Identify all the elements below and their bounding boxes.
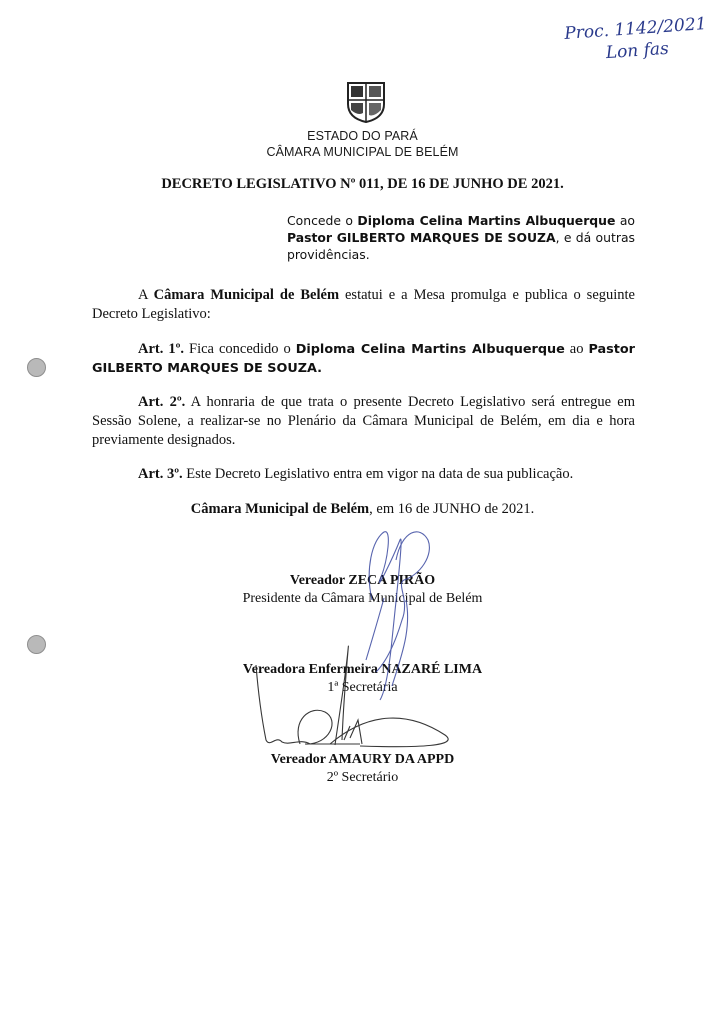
signatory-president: Vereador ZECA PIRÃO Presidente da Câmara… xyxy=(0,572,725,608)
article-1: Art. 1º. Fica concedido o Diploma Celina… xyxy=(92,340,635,378)
signatory-name: Vereador AMAURY DA APPD xyxy=(0,751,725,769)
decree-summary: Concede o Diploma Celina Martins Albuque… xyxy=(287,212,635,263)
article-text: Fica concedido o xyxy=(184,341,296,357)
dateline-date: , em 16 de JUNHO de 2021. xyxy=(369,501,534,517)
handwritten-annotation: Proc. 1142/2021 Lon fas xyxy=(564,13,709,67)
signatory-role: 2º Secretário xyxy=(0,769,725,787)
punch-hole xyxy=(27,635,46,654)
dateline-chamber: Câmara Municipal de Belém xyxy=(191,501,369,517)
summary-diploma: Diploma Celina Martins Albuquerque xyxy=(357,213,615,228)
summary-text: Concede o xyxy=(287,213,357,228)
signatory-name: Vereadora Enfermeira NAZARÉ LIMA xyxy=(0,661,725,679)
decree-title: DECRETO LEGISLATIVO Nº 011, DE 16 DE JUN… xyxy=(0,176,725,193)
punch-hole xyxy=(27,358,46,377)
signatory-second-secretary: Vereador AMAURY DA APPD 2º Secretário xyxy=(0,751,725,787)
preamble-chamber: Câmara Municipal de Belém xyxy=(154,287,339,303)
coat-of-arms-icon xyxy=(344,80,388,124)
signatory-first-secretary: Vereadora Enfermeira NAZARÉ LIMA 1ª Secr… xyxy=(0,661,725,697)
preamble: A Câmara Municipal de Belém estatui e a … xyxy=(92,286,635,324)
summary-text: ao xyxy=(615,213,635,228)
summary-honoree: Pastor GILBERTO MARQUES DE SOUZA xyxy=(287,230,556,245)
article-label: Art. 1º. xyxy=(138,341,184,357)
article-3: Art. 3º. Este Decreto Legislativo entra … xyxy=(92,465,635,484)
article-text: Este Decreto Legislativo entra em vigor … xyxy=(183,466,574,482)
header-state: ESTADO DO PARÁ xyxy=(0,129,725,143)
signatory-name: Vereador ZECA PIRÃO xyxy=(0,572,725,590)
header-chamber: CÂMARA MUNICIPAL DE BELÉM xyxy=(0,145,725,159)
article-label: Art. 3º. xyxy=(138,466,183,482)
signatory-role: Presidente da Câmara Municipal de Belém xyxy=(0,590,725,608)
preamble-text: A xyxy=(138,287,154,303)
signatory-role: 1ª Secretária xyxy=(0,679,725,697)
article-label: Art. 2º. xyxy=(138,394,185,410)
article-2: Art. 2º. A honraria de que trata o prese… xyxy=(92,393,635,450)
article-diploma: Diploma Celina Martins Albuquerque xyxy=(296,342,565,357)
article-text: ao xyxy=(565,341,589,357)
dateline: Câmara Municipal de Belém, em 16 de JUNH… xyxy=(0,500,725,518)
